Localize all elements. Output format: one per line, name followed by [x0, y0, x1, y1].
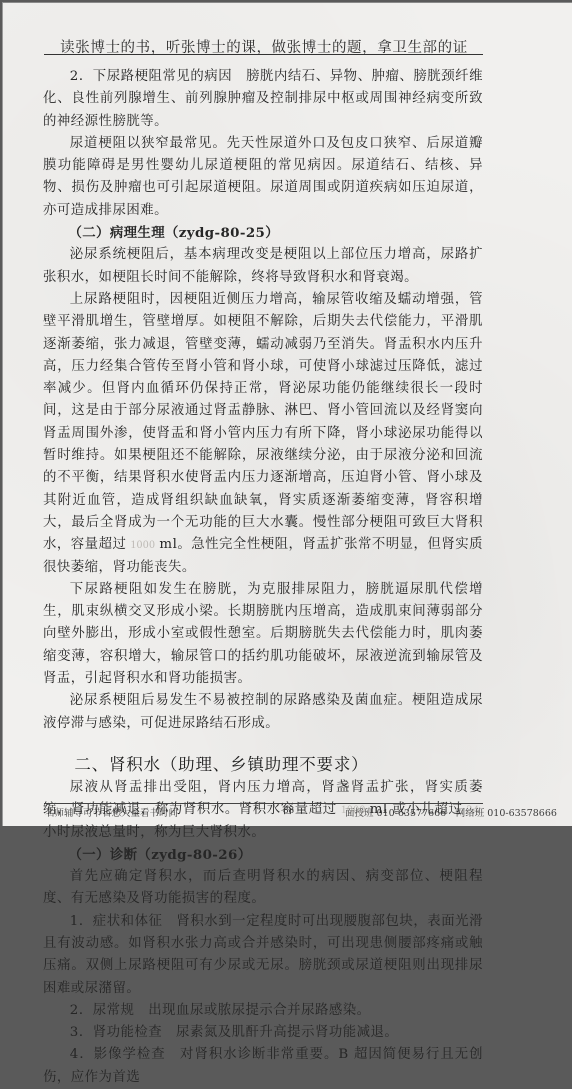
footer-divider: [44, 803, 483, 804]
paragraph-upper-tract: 上尿路梗阻时，因梗阻近侧压力增高，输尿管收缩及蠕动增强，管壁平滑肌增生，管壁增厚…: [43, 289, 483, 579]
page-number: 88: [283, 804, 294, 816]
subheading-pathophysiology: （二）病理生理（zydg-80-25）: [43, 222, 483, 244]
paragraph-infection: 泌尿系梗阻后易发生不易被控制的尿路感染及菌血症。梗阻造成尿液停滞与感染，可促进尿…: [43, 690, 483, 735]
header-divider: [44, 54, 483, 55]
footer-tagline: 名师辅导可节省您大量看书时间: [45, 805, 178, 819]
footer-contact: 面授班 010-63577666 网络班 010-63578666: [345, 805, 557, 819]
paragraph-urethral-obstruction: 尿道梗阻以狭窄最常见。先天性尿道外口及包皮口狭窄、后尿道瓣膜功能障碍是男性婴幼儿…: [43, 133, 483, 222]
document-page: 读张博士的书，听张博士的课，做张博士的题，拿卫生部的证 2．下尿路梗阻常见的病因…: [2, 2, 572, 826]
text-segment: 上尿路梗阻时，因梗阻近侧压力增高，输尿管收缩及蠕动增强，管壁平滑肌增生，管壁增厚…: [43, 292, 483, 552]
section-heading-hydronephrosis: 二、肾积水（助理、乡镇助理不要求）: [43, 753, 483, 777]
faint-number: 1000: [126, 539, 159, 551]
page-body: 2．下尿路梗阻常见的病因 膀胱内结石、异物、肿瘤、膀胱颈纤维化、良性前列腺增生、…: [43, 66, 483, 826]
paragraph-pathology-intro: 泌尿系统梗阻后，基本病理改变是梗阻以上部位压力增高，尿路扩张积水，如梗阻长时间不…: [43, 244, 483, 289]
paragraph-bladder-obstruction: 下尿路梗阻如发生在膀胱，为克服排尿阻力，膀胱逼尿肌代偿增生，肌束纵横交叉形成小梁…: [43, 579, 483, 690]
paragraph-lower-tract-causes: 2．下尿路梗阻常见的病因 膀胱内结石、异物、肿瘤、膀胱颈纤维化、良性前列腺增生、…: [43, 66, 483, 133]
